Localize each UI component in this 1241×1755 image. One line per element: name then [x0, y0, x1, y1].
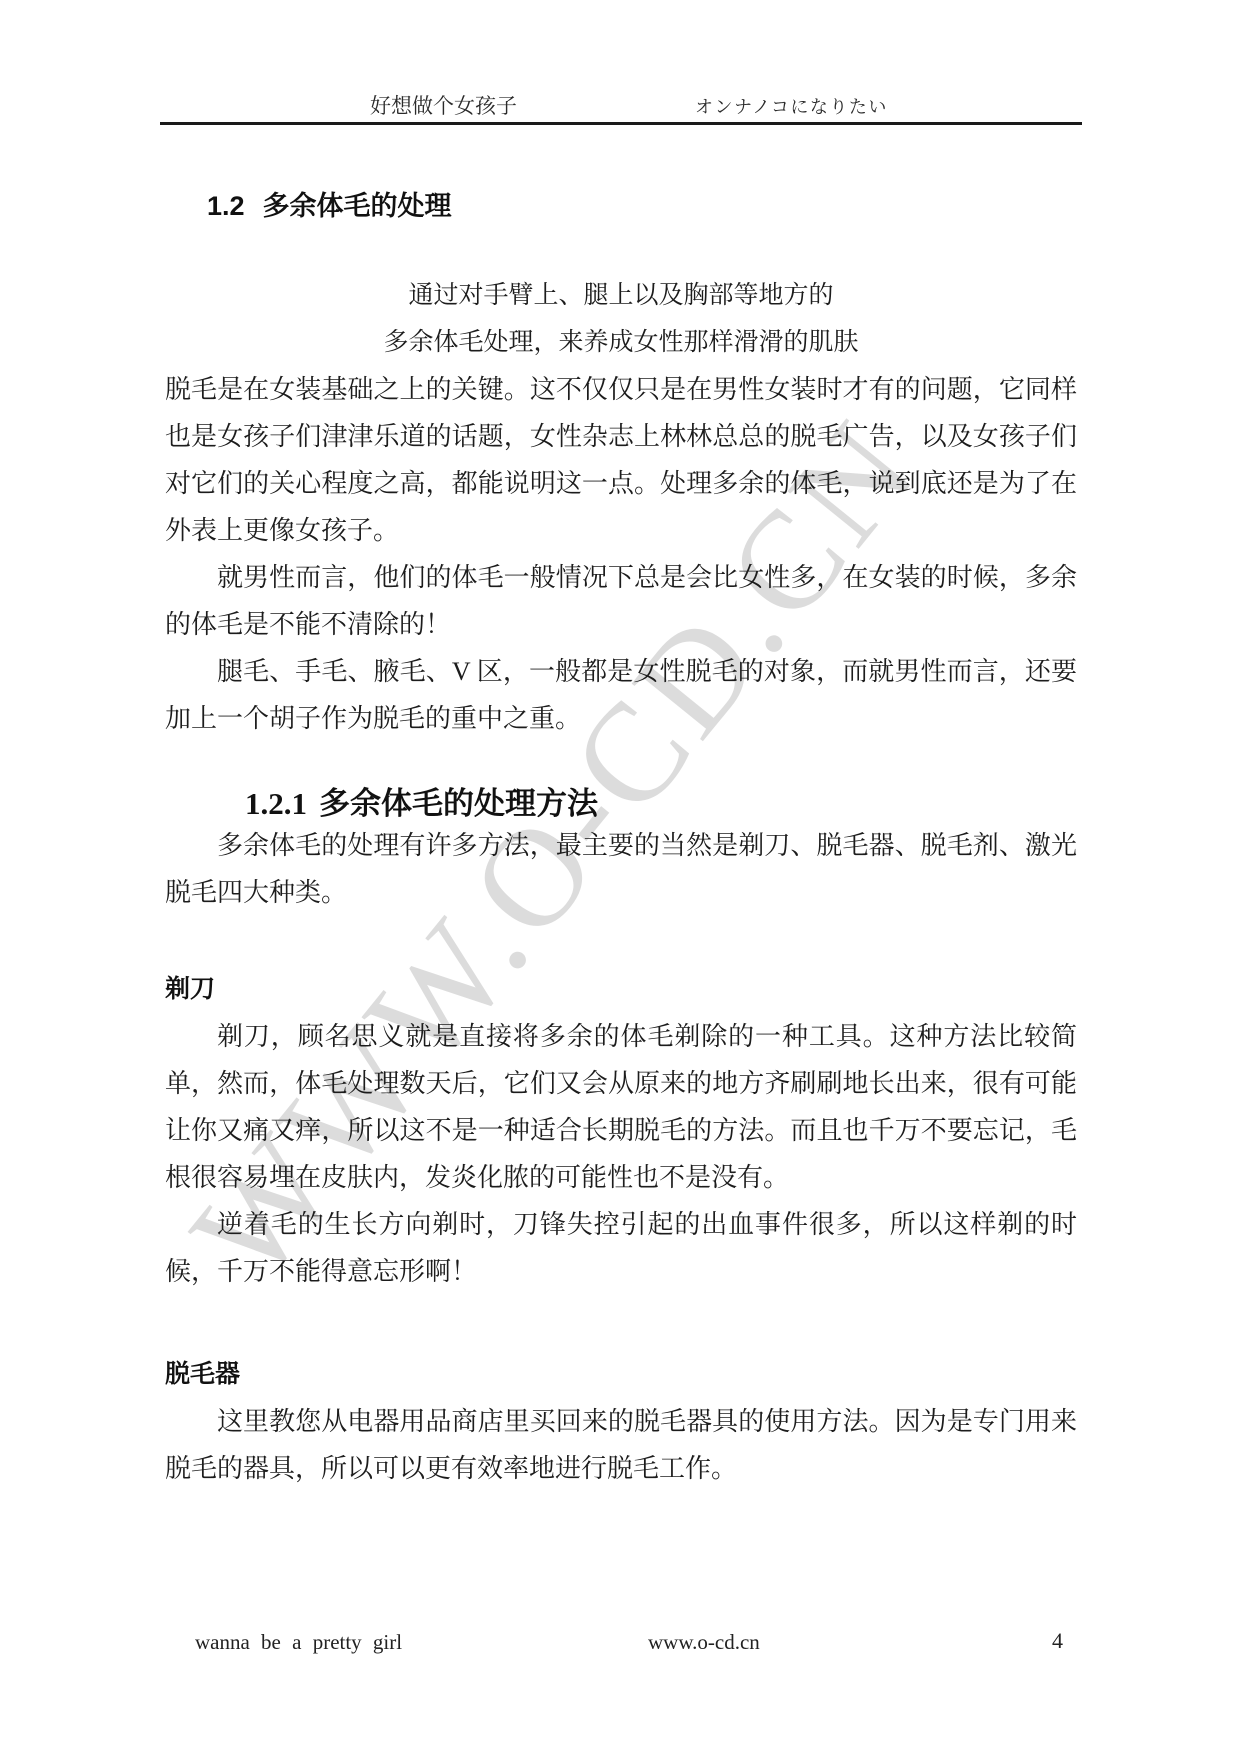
lead-line-1: 通过对手臂上、腿上以及胸部等地方的 — [165, 272, 1077, 319]
razor-heading: 剃刀 — [165, 966, 1077, 1013]
section-number: 1.2 — [207, 191, 245, 221]
footer-url: www.o-cd.cn — [648, 1630, 760, 1655]
subsection-number: 1.2.1 — [245, 786, 307, 821]
section-heading: 1.2多余体毛的处理 — [207, 191, 1077, 222]
header-title-japanese: オンナノコになりたい — [695, 93, 888, 119]
footer-page-number: 4 — [1052, 1628, 1063, 1654]
footer-slogan: wanna be a pretty girl — [195, 1630, 402, 1655]
paragraph-methods: 多余体毛的处理有许多方法，最主要的当然是剃刀、脱毛器、脱毛剂、激光脱毛四大种类。 — [165, 822, 1077, 916]
subsection-heading: 1.2.1多余体毛的处理方法 — [245, 786, 1077, 822]
paragraph-epilator: 这里教您从电器用品商店里买回来的脱毛器具的使用方法。因为是专门用来脱毛的器具，所… — [165, 1398, 1077, 1492]
epilator-heading: 脱毛器 — [165, 1351, 1077, 1398]
lead-block: 通过对手臂上、腿上以及胸部等地方的 多余体毛处理，来养成女性那样滑滑的肌肤 — [165, 272, 1077, 366]
paragraph-razor-1: 剃刀，顾名思义就是直接将多余的体毛剃除的一种工具。这种方法比较简单，然而，体毛处… — [165, 1013, 1077, 1201]
page-content: 1.2多余体毛的处理 通过对手臂上、腿上以及胸部等地方的 多余体毛处理，来养成女… — [165, 127, 1077, 1492]
paragraph-intro: 脱毛是在女装基础之上的关键。这不仅仅只是在男性女装时才有的问题，它同样也是女孩子… — [165, 366, 1077, 554]
lead-line-2: 多余体毛处理，来养成女性那样滑滑的肌肤 — [165, 319, 1077, 366]
document-page: WWW.O-CD.CN 好想做个女孩子 オンナノコになりたい 1.2多余体毛的处… — [0, 0, 1241, 1755]
paragraph-men-hair: 就男性而言，他们的体毛一般情况下总是会比女性多，在女装的时候，多余的体毛是不能不… — [165, 554, 1077, 648]
paragraph-razor-2: 逆着毛的生长方向剃时，刀锋失控引起的出血事件很多，所以这样剃的时候，千万不能得意… — [165, 1201, 1077, 1295]
subsection-title: 多余体毛的处理方法 — [319, 786, 598, 821]
header-title-chinese: 好想做个女孩子 — [370, 90, 517, 120]
section-title: 多余体毛的处理 — [263, 191, 452, 221]
paragraph-targets: 腿毛、手毛、腋毛、V 区，一般都是女性脱毛的对象，而就男性而言，还要加上一个胡子… — [165, 648, 1077, 742]
header-rule — [160, 122, 1082, 125]
